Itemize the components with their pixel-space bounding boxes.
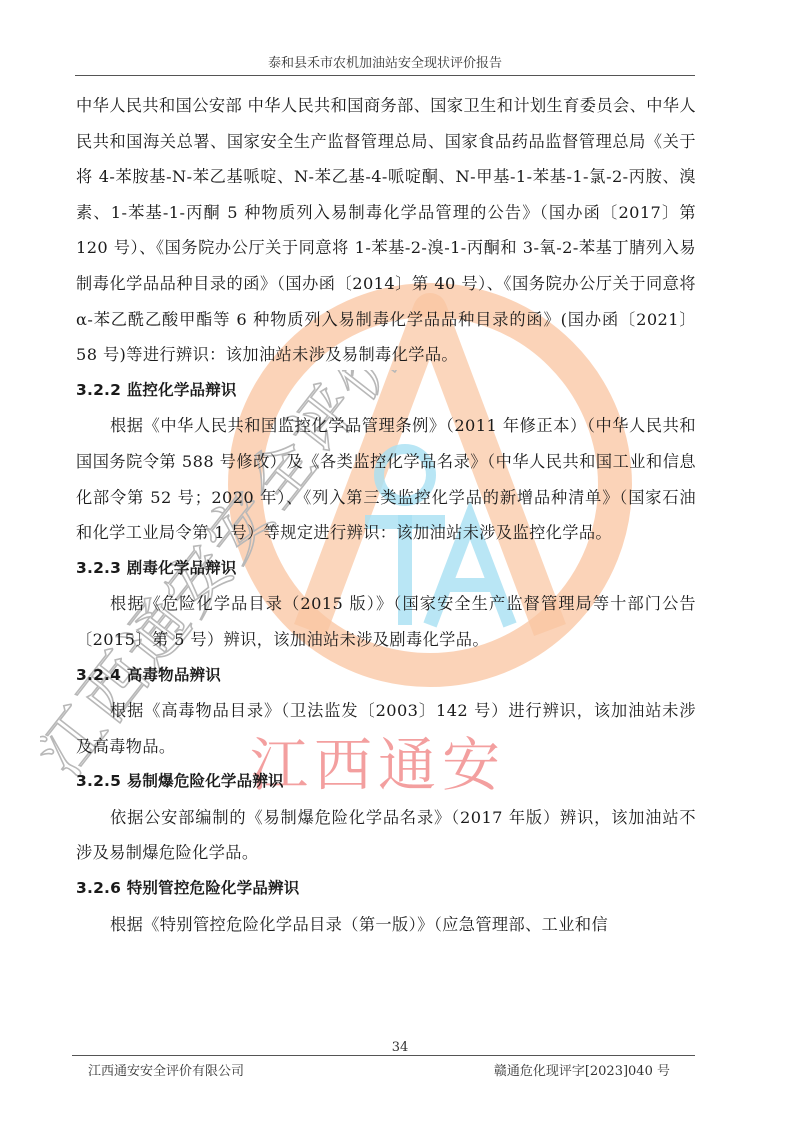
document-page: 江西通安安全评价有限公司 江西通安 泰和县禾市农机加油站安全现状评价报告 中华人…	[0, 0, 800, 1131]
report-body: 中华人民共和国公安部 中华人民共和国商务部、国家卫生和计划生育委员会、中华人民共…	[76, 88, 696, 942]
section-heading-3-2-3: 3.2.3 剧毒化学品辩识	[76, 551, 696, 587]
footer-document-number: 赣通危化现评字[2023]040 号	[494, 1060, 670, 1079]
section-paragraph-3-2-4: 根据《高毒物品目录》（卫法监发〔2003〕142 号）进行辨识，该加油站未涉及高…	[76, 693, 696, 764]
section-heading-3-2-2: 3.2.2 监控化学品辩识	[76, 373, 696, 409]
footer-divider	[72, 1055, 695, 1056]
page-number: 34	[0, 1040, 800, 1055]
section-paragraph-3-2-5: 依据公安部编制的《易制爆危险化学品名录》（2017 年版）辨识，该加油站不涉及易…	[76, 800, 696, 871]
section-heading-3-2-6: 3.2.6 特别管控危险化学品辨识	[76, 871, 696, 907]
header-divider	[75, 75, 695, 76]
section-heading-3-2-4: 3.2.4 高毒物品辨识	[76, 658, 696, 694]
intro-paragraph: 中华人民共和国公安部 中华人民共和国商务部、国家卫生和计划生育委员会、中华人民共…	[76, 88, 696, 373]
section-paragraph-3-2-3: 根据《危险化学品目录（2015 版）》（国家安全生产监督管理局等十部门公告〔20…	[76, 586, 696, 657]
report-header-title: 泰和县禾市农机加油站安全现状评价报告	[75, 52, 695, 71]
footer-company-name: 江西通安安全评价有限公司	[88, 1060, 244, 1079]
section-paragraph-3-2-2: 根据《中华人民共和国监控化学品管理条例》（2011 年修正本）（中华人民共和国国…	[76, 408, 696, 550]
section-heading-3-2-5: 3.2.5 易制爆危险化学品辨识	[76, 764, 696, 800]
section-paragraph-3-2-6: 根据《特别管控危险化学品目录（第一版）》（应急管理部、工业和信	[76, 907, 696, 943]
